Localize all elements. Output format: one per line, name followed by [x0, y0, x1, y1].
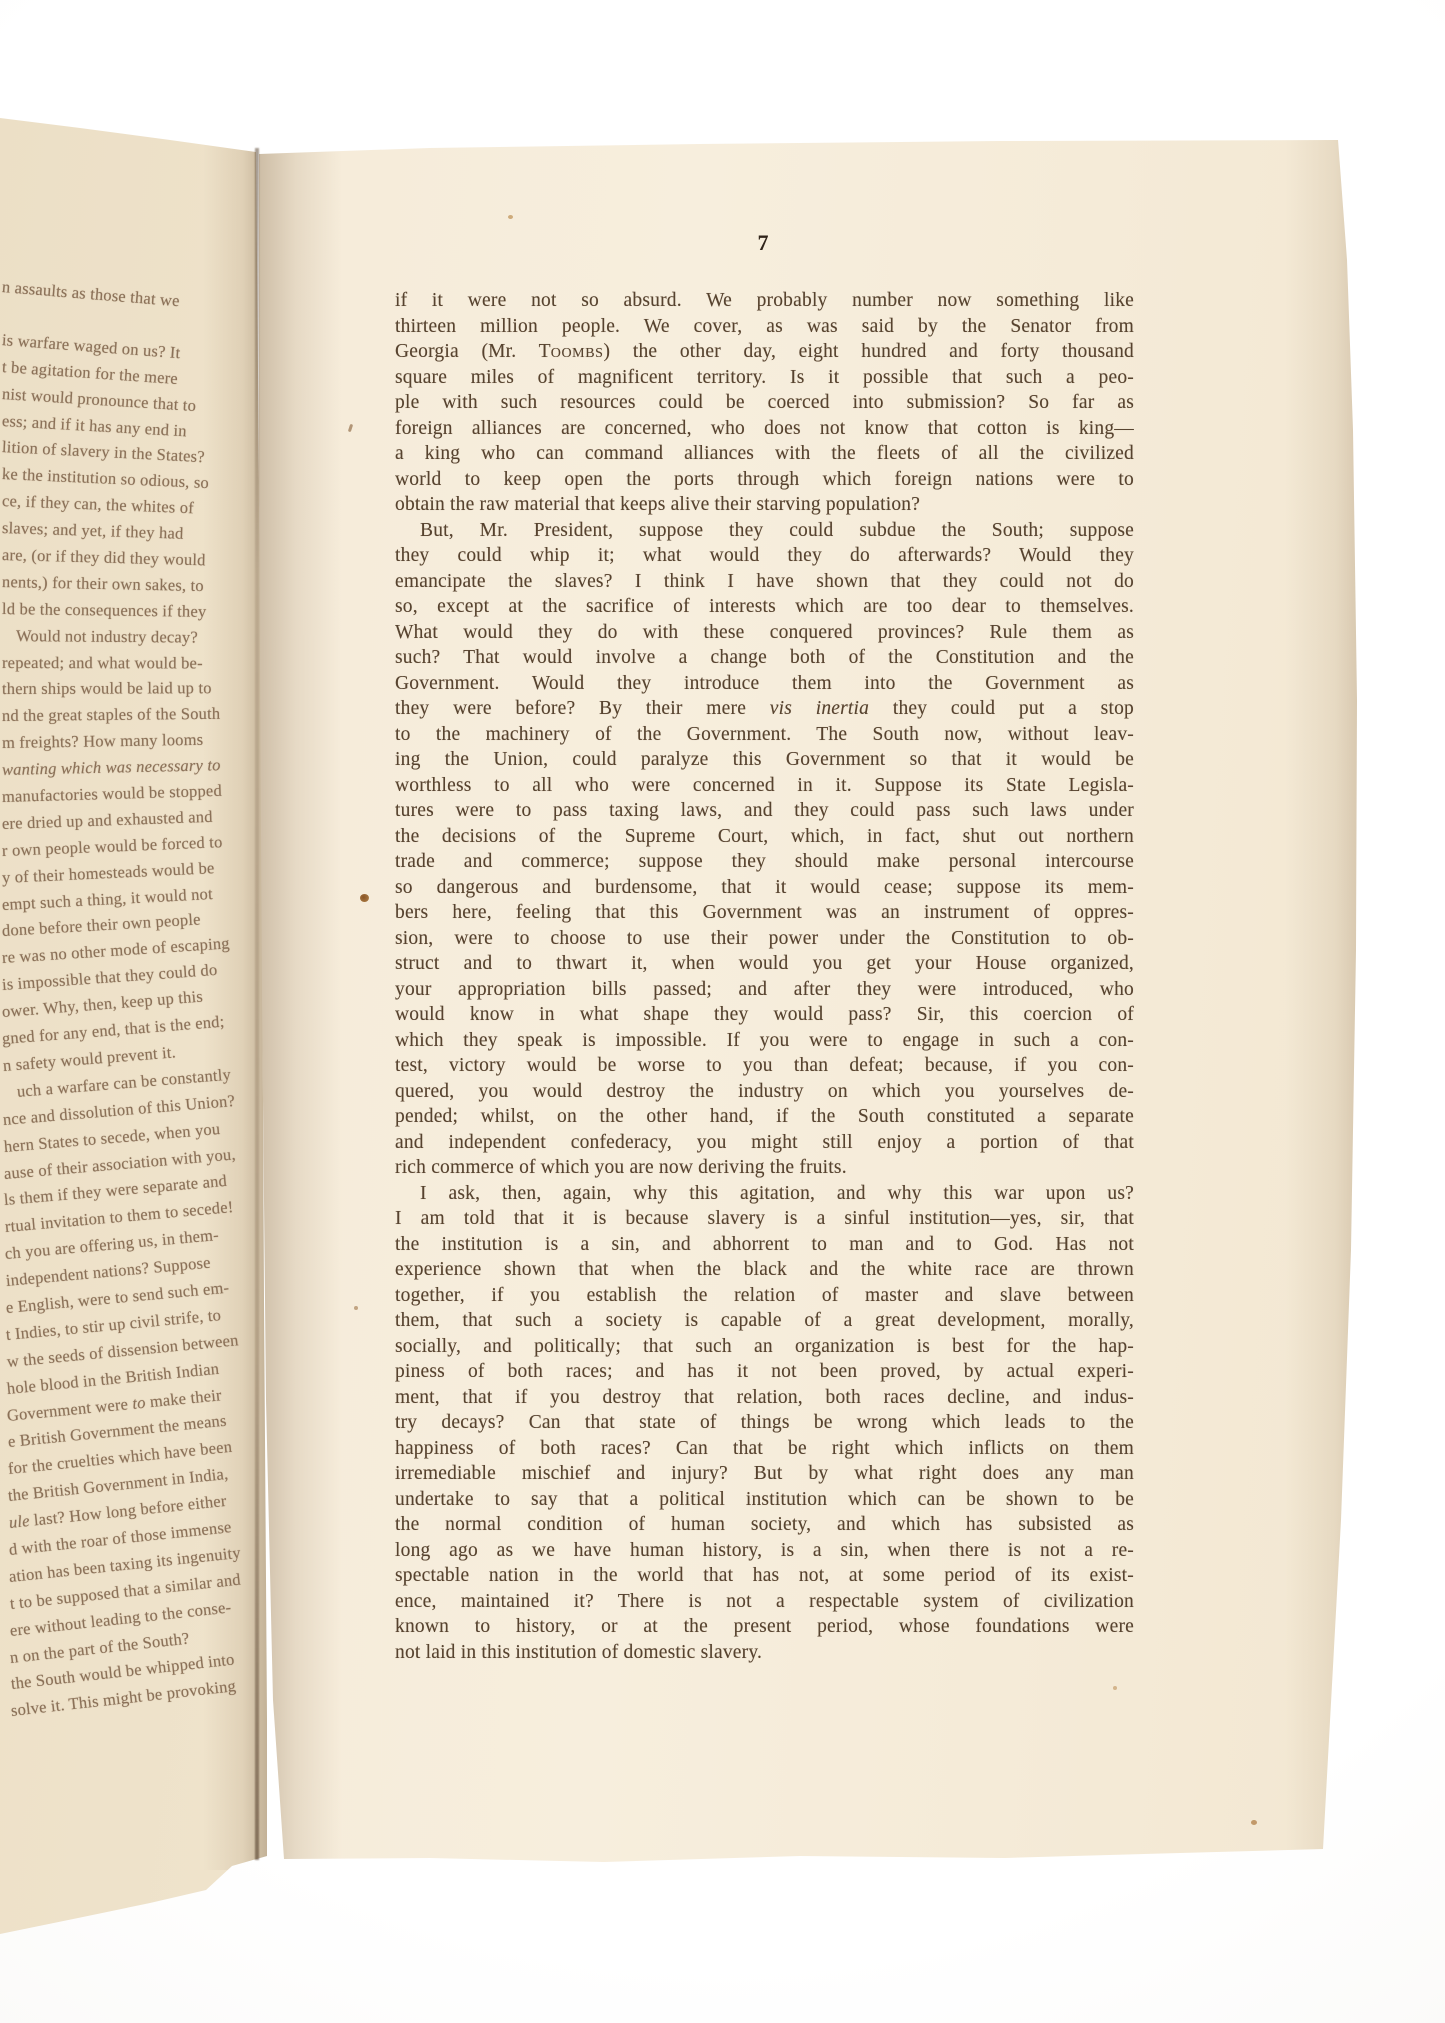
- text-line: sion, were to choose to use their power …: [395, 926, 1134, 952]
- text-line: But, Mr. President, suppose they could s…: [395, 518, 1134, 544]
- text-line: What would they do with these conquered …: [395, 620, 1134, 646]
- text-line: the normal condition of human society, a…: [395, 1512, 1134, 1538]
- text-line: quered, you would destroy the industry o…: [395, 1079, 1134, 1105]
- text-line: known to history, or at the present peri…: [395, 1614, 1134, 1640]
- text-line: which they speak is impossible. If you w…: [395, 1028, 1134, 1054]
- text-line: test, victory would be worse to you than…: [395, 1053, 1134, 1079]
- text-line: would know in what shape they would pass…: [395, 1002, 1134, 1028]
- text-line: n assaults as those that we: [1, 274, 267, 326]
- text-line: spectable nation in the world that has n…: [395, 1563, 1134, 1589]
- text-line: thirteen million people. We cover, as wa…: [395, 314, 1134, 340]
- text-line: pended; whilst, on the other hand, if th…: [395, 1104, 1134, 1130]
- text-line: ple with such resources could be coerced…: [395, 390, 1134, 416]
- text-line: foreign alliances are concerned, who doe…: [395, 416, 1134, 442]
- foxing-spot: [360, 894, 369, 902]
- text-line: repeated; and what would be-: [2, 650, 267, 678]
- text-line: undertake to say that a political instit…: [395, 1487, 1134, 1513]
- text-line: happiness of both races? Can that be rig…: [395, 1436, 1134, 1462]
- text-line: they were before? By their mere vis iner…: [395, 696, 1134, 722]
- text-line: such? That would involve a change both o…: [395, 645, 1134, 671]
- foxing-spot: [508, 215, 513, 219]
- foxing-spot: [354, 1306, 358, 1310]
- text-line: square miles of magnificent territory. I…: [395, 365, 1134, 391]
- text-line: a king who can command alliances with th…: [395, 441, 1134, 467]
- foxing-spot: [1251, 1820, 1257, 1825]
- text-line: ment, that if you destroy that relation,…: [395, 1385, 1134, 1411]
- text-line: I am told that it is because slavery is …: [395, 1206, 1134, 1232]
- text-line: Georgia (Mr. Toombs) the other day, eigh…: [395, 339, 1134, 365]
- text-line: them, that such a society is capable of …: [395, 1308, 1134, 1334]
- page-number: 7: [742, 228, 784, 258]
- text-line: piness of both races; and has it not bee…: [395, 1359, 1134, 1385]
- text-line: socially, and politically; that such an …: [395, 1334, 1134, 1360]
- text-line: bers here, feeling that this Government …: [395, 900, 1134, 926]
- text-line: rich commerce of which you are now deriv…: [395, 1155, 1134, 1181]
- left-page-text-lines: n assaults as those that weis warfare wa…: [2, 274, 267, 1725]
- text-line: obtain the raw material that keeps alive…: [395, 492, 1134, 518]
- text-line: irremediable mischief and injury? But by…: [395, 1461, 1134, 1487]
- text-line: so dangerous and burdensome, that it wou…: [395, 875, 1134, 901]
- text-line: thern ships would be laid up to: [2, 675, 267, 703]
- text-line: I ask, then, again, why this agitation, …: [395, 1181, 1134, 1207]
- text-line: trade and commerce; suppose they should …: [395, 849, 1134, 875]
- text-line: struct and to thwart it, when would you …: [395, 951, 1134, 977]
- photo-scene: 7 if it were not so absurd. We probably …: [0, 0, 1445, 2023]
- text-line: the institution is a sin, and abhorrent …: [395, 1232, 1134, 1258]
- left-page-text-clip: n assaults as those that weis warfare wa…: [0, 0, 267, 1945]
- text-line: to the machinery of the Government. The …: [395, 722, 1134, 748]
- text-line: so, except at the sacrifice of interests…: [395, 594, 1134, 620]
- text-line: ing the Union, could paralyze this Gover…: [395, 747, 1134, 773]
- text-line: experience shown that when the black and…: [395, 1257, 1134, 1283]
- text-line: and independent confederacy, you might s…: [395, 1130, 1134, 1156]
- text-line: ence, maintained it? There is not a resp…: [395, 1589, 1134, 1615]
- text-line: tures were to pass taxing laws, and they…: [395, 798, 1134, 824]
- text-line: try decays? Can that state of things be …: [395, 1410, 1134, 1436]
- text-line: world to keep open the ports through whi…: [395, 467, 1134, 493]
- text-line: together, if you establish the relation …: [395, 1283, 1134, 1309]
- foxing-spot: [1113, 1686, 1117, 1690]
- text-line: if it were not so absurd. We probably nu…: [395, 288, 1134, 314]
- text-line: long ago as we have human history, is a …: [395, 1538, 1134, 1564]
- right-page-text: if it were not so absurd. We probably nu…: [395, 288, 1134, 1665]
- text-line: not laid in this institution of domestic…: [395, 1640, 1134, 1666]
- text-line: Government. Would they introduce them in…: [395, 671, 1134, 697]
- text-line: emancipate the slaves? I think I have sh…: [395, 569, 1134, 595]
- text-line: they could whip it; what would they do a…: [395, 543, 1134, 569]
- text-line: Would not industry decay?: [2, 623, 267, 652]
- text-line: the decisions of the Supreme Court, whic…: [395, 824, 1134, 850]
- text-line: your appropriation bills passed; and aft…: [395, 977, 1134, 1003]
- text-line: worthless to all who were concerned in i…: [395, 773, 1134, 799]
